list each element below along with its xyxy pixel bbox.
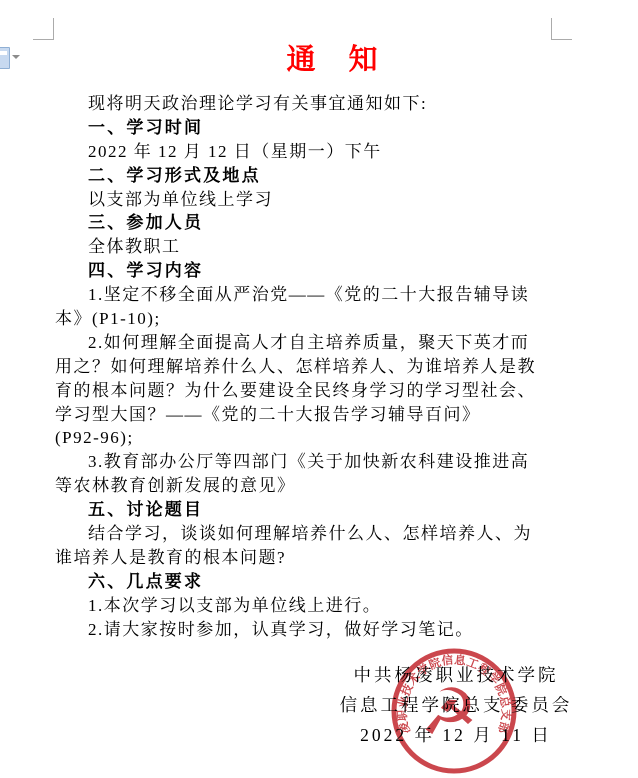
text-line: 2022 年 12 月 12 日（星期一）下午 xyxy=(55,140,560,164)
text-line: 五、讨论题目 xyxy=(55,498,560,522)
text-line: 一、学习时间 xyxy=(55,116,560,140)
text-line: 六、几点要求 xyxy=(55,570,560,594)
notice-title: 通 知 xyxy=(0,37,638,78)
text-line: 三、参加人员 xyxy=(55,211,560,235)
text-line: 谁培养人是教育的根本问题? xyxy=(55,546,560,570)
text-line: 2.如何理解全面提高人才自主培养质量，聚天下英才而 xyxy=(55,331,560,355)
text-line: 结合学习，谈谈如何理解培养什么人、怎样培养人、为 xyxy=(55,522,560,546)
text-line: 二、学习形式及地点 xyxy=(55,164,560,188)
signature-line: 中共杨凌职业技术学院 xyxy=(330,661,582,691)
text-line: 2.请大家按时参加，认真学习，做好学习笔记。 xyxy=(55,618,560,642)
text-line: (P92-96); xyxy=(55,426,560,450)
text-line: 四、学习内容 xyxy=(55,259,560,283)
text-line: 育的根本问题？为什么要建设全民终身学习的学习型社会、 xyxy=(55,379,560,403)
text-line: 学习型大国？——《党的二十大报告学习辅导百问》 xyxy=(55,403,560,427)
notice-body: 现将明天政治理论学习有关事宜通知如下:一、学习时间2022 年 12 月 12 … xyxy=(55,92,560,641)
text-line: 3.教育部办公厅等四部门《关于加快新农科建设推进高 xyxy=(55,450,560,474)
text-line: 本》(P1-10); xyxy=(55,307,560,331)
text-line: 现将明天政治理论学习有关事宜通知如下: xyxy=(55,92,560,116)
signature-line: 信息工程学院总支 委员会 xyxy=(330,691,582,721)
signature-line: 2022 年 12 月 11 日 xyxy=(330,721,582,751)
text-line: 1.本次学习以支部为单位线上进行。 xyxy=(55,594,560,618)
word-document-page: { "window": { "width": 638, "height": 77… xyxy=(0,0,638,778)
text-line: 用之？如何理解培养什么人、怎样培养人、为谁培养人是教 xyxy=(55,355,560,379)
signature-block: 中共杨凌职业技术学院信息工程学院总支 委员会2022 年 12 月 11 日 xyxy=(330,661,582,750)
text-line: 1.坚定不移全面从严治党——《党的二十大报告辅导读 xyxy=(55,283,560,307)
text-line: 全体教职工 xyxy=(55,235,560,259)
text-line: 等农林教育创新发展的意见》 xyxy=(55,474,560,498)
text-line: 以支部为单位线上学习 xyxy=(55,188,560,212)
